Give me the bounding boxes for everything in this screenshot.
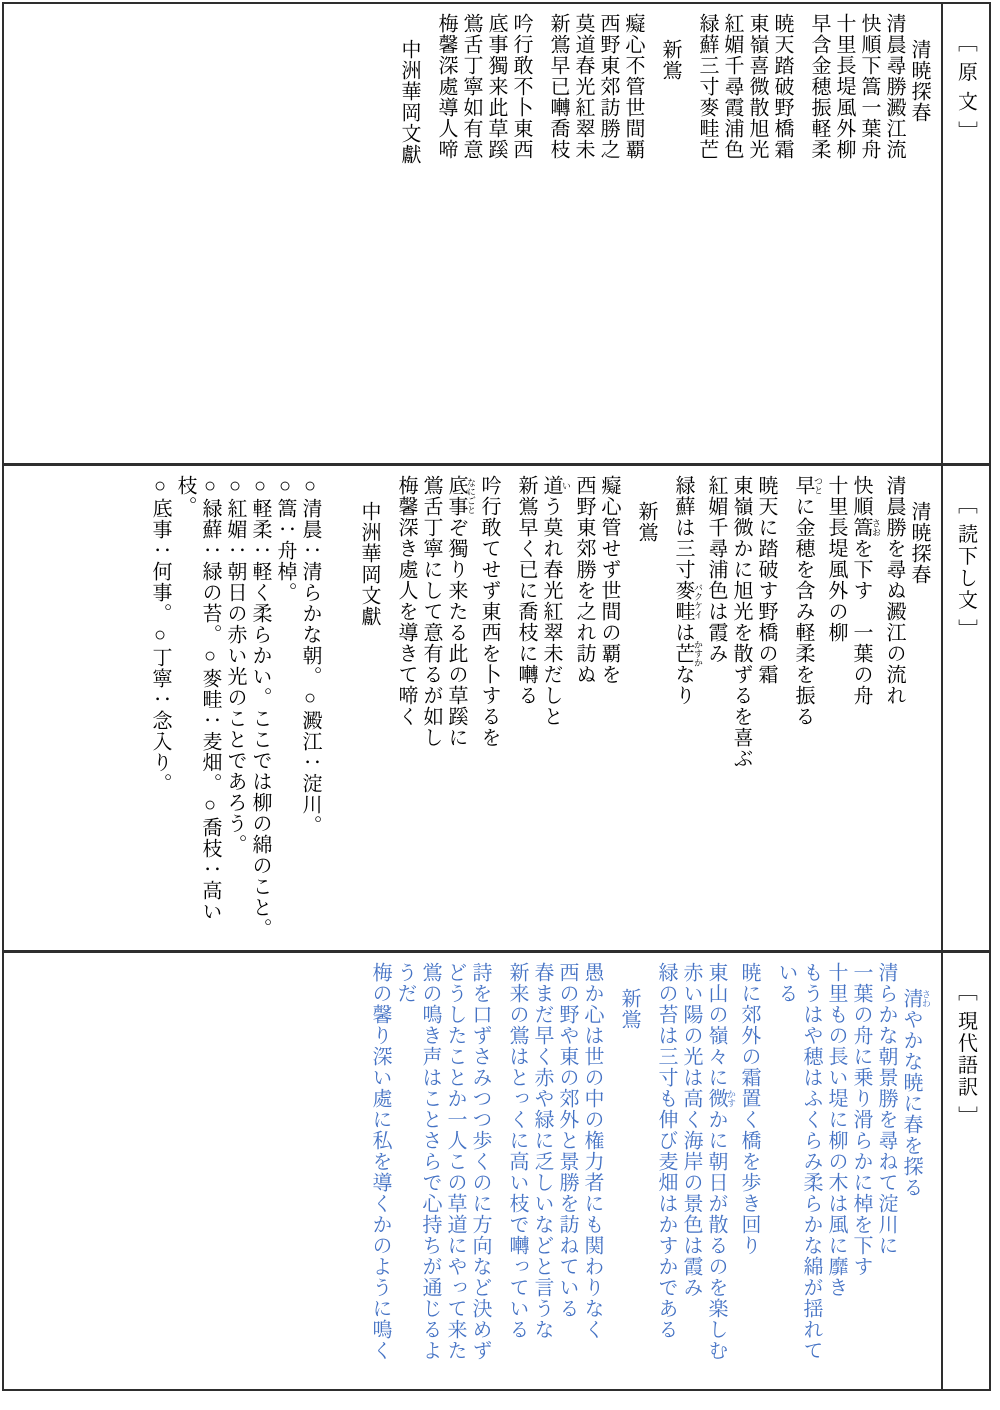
verse-line: 鴬の鳴き声はことさらで心持ちが通じるようだ	[392, 962, 442, 1381]
verse-line: 梅の馨り深い處に私を導くかのように鳴く	[367, 962, 392, 1381]
verse-line: 道いう莫れ春光紅翠未だしと	[538, 475, 571, 942]
note-line: ○緑蘚：緑の苔。○麥畦：麦畑。○喬枝：高い枝。	[172, 475, 222, 942]
title-line: 清暁探春	[906, 475, 931, 942]
verse-line: 紅媚千尋霞浦色	[719, 13, 744, 455]
section-modern-translation: 清さわやかな暁に春を探る清らかな朝景勝を尋ねて淀川に一葉の舟に乗り滑らかに棹を下…	[2, 951, 991, 1391]
furigana-ruby: 底事なにごと	[445, 475, 467, 517]
verse-line: 愚か心は世の中の権力者にも関わりなく	[579, 962, 604, 1381]
verse-line: 清らかな朝景勝を尋ねて淀川に	[873, 962, 898, 1381]
title-line: 新鴬	[633, 475, 658, 942]
note-line: ○紅媚：朝日の赤い光のことであろう。	[222, 475, 247, 942]
document-page: 清暁探春清晨尋勝澱江流快順下篙一葉舟十里長堤風外柳早含金穂振軽柔暁天踏破野橋霜東…	[0, 0, 1000, 1410]
furigana-ruby: 麥畦バクケイ	[672, 580, 694, 622]
furigana-ruby: 篙さお	[850, 517, 872, 538]
verse-line: 西野東郊訪勝之	[595, 13, 620, 455]
reading-text-header: ［ 読下し文 ］	[941, 466, 989, 950]
verse-line: 十里長堤風外柳	[831, 13, 856, 455]
verse-line: 緑蘚は三寸麥畦バクケイは芒かすかなり	[670, 475, 703, 942]
modern-translation-content: 清さわやかな暁に春を探る清らかな朝景勝を尋ねて淀川に一葉の舟に乗り滑らかに棹を下…	[4, 953, 941, 1389]
verse-line: 東嶺喜微散旭光	[744, 13, 769, 455]
verse-line: 春まだ早く赤や緑に乏しいなどと言うな	[529, 962, 554, 1381]
section-reading-text: 清暁探春清晨勝を尋ぬ澱江の流れ快順篙さおを下す 一葉の舟十里長堤風外の柳早つとに…	[2, 464, 991, 952]
original-text-header: ［ 原 文 ］	[941, 4, 989, 463]
verse-line: 癡心不管世間覇	[620, 13, 645, 455]
verse-line: 緑の苔は三寸も伸び麦畑はかすかである	[653, 962, 678, 1381]
verse-line: 底事なにごとぞ獨り来たる此の草蹊に	[443, 475, 476, 942]
verse-line: 暁天に踏破す野橋の霜	[753, 475, 778, 942]
verse-line: どうしたことか一人この草道にやって来た	[442, 962, 467, 1381]
reading-text-header-label: ［ 読下し文 ］	[952, 466, 981, 950]
verse-line: 十里もの長い堤に柳の木は風に靡き	[823, 962, 848, 1381]
note-line: ○底事：何事。○丁寧：念入り。	[147, 475, 172, 942]
verse-line: 一葉の舟に乗り滑らかに棹を下す	[848, 962, 873, 1381]
title-line: 清暁探春	[906, 13, 931, 455]
furigana-ruby: 道い	[540, 475, 562, 496]
verse-line: 清晨勝を尋ぬ澱江の流れ	[881, 475, 906, 942]
sig-line: 中洲華岡文獻	[356, 475, 381, 942]
verse-line: 東山の嶺々に微かすかに朝日が散るのを楽しむ	[703, 962, 736, 1381]
title-line: 新鴬	[657, 13, 682, 455]
note-line: ○篙：舟棹。	[272, 475, 297, 942]
modern-translation-header: ［ 現代語訳 ］	[941, 953, 989, 1389]
original-text-header-label: ［ 原 文 ］	[952, 4, 981, 463]
furigana-ruby: 清さわ	[900, 988, 922, 1009]
verse-line: 暁に郊外の霜置く橋を歩き回り	[736, 962, 761, 1381]
reading-text-content: 清暁探春清晨勝を尋ぬ澱江の流れ快順篙さおを下す 一葉の舟十里長堤風外の柳早つとに…	[4, 466, 941, 950]
verse-line: 早つとに金穂を含み軽柔を振る	[790, 475, 823, 942]
furigana-ruby: 芒かすか	[672, 643, 694, 664]
verse-line: 快順下篙一葉舟	[856, 13, 881, 455]
verse-line: 吟行敢不卜東西	[508, 13, 533, 455]
verse-line: 新鴬早く已に喬枝に囀る	[513, 475, 538, 942]
verse-line: 癡心管せず世間の覇を	[596, 475, 621, 942]
furigana-ruby: 微かす	[705, 1088, 727, 1109]
title-line: 新鴬	[616, 962, 641, 1381]
verse-line: 新来の鴬はとっくに高い枝で囀っている	[504, 962, 529, 1381]
sig-line: 中洲華岡文獻	[396, 13, 421, 455]
verse-line: 緑蘚三寸麥畦芒	[694, 13, 719, 455]
verse-line: 莫道春光紅翠未	[570, 13, 595, 455]
verse-line: 鴬舌丁寧にして意有るが如し	[418, 475, 443, 942]
verse-line: もうはや穂はふくらみ柔らかな綿が揺れている	[773, 962, 823, 1381]
verse-line: 東嶺微かに旭光を散ずるを喜ぶ	[728, 475, 753, 942]
verse-line: 西の野や東の郊外と景勝を訪ねている	[554, 962, 579, 1381]
modern-translation-header-label: ［ 現代語訳 ］	[952, 953, 981, 1389]
verse-line: 快順篙さおを下す 一葉の舟	[848, 475, 881, 942]
verse-line: 梅馨深き處人を導きて啼く	[393, 475, 418, 942]
verse-line: 新鴬早已囀喬枝	[545, 13, 570, 455]
verse-line: 吟行敢てせず東西を卜するを	[476, 475, 501, 942]
verse-line: 鴬舌丁寧如有意	[458, 13, 483, 455]
furigana-ruby: 早つと	[792, 475, 814, 496]
verse-line: 詩を口ずさみつつ歩くのに方向など決めず	[467, 962, 492, 1381]
original-text-content: 清暁探春清晨尋勝澱江流快順下篙一葉舟十里長堤風外柳早含金穂振軽柔暁天踏破野橋霜東…	[4, 4, 941, 463]
verse-line: 紅媚千尋浦色は霞み	[703, 475, 728, 942]
verse-line: 十里長堤風外の柳	[823, 475, 848, 942]
verse-line: 西野東郊勝を之れ訪ぬ	[571, 475, 596, 942]
verse-line: 赤い陽の光は高く海岸の景色は霞み	[678, 962, 703, 1381]
note-line: ○軽柔：軽く柔らかい。ここでは柳の綿のこと。	[247, 475, 272, 942]
verse-line: 暁天踏破野橋霜	[769, 13, 794, 455]
title-line: 清さわやかな暁に春を探る	[898, 962, 931, 1381]
verse-line: 清晨尋勝澱江流	[881, 13, 906, 455]
section-original-text: 清暁探春清晨尋勝澱江流快順下篙一葉舟十里長堤風外柳早含金穂振軽柔暁天踏破野橋霜東…	[2, 2, 991, 465]
verse-line: 早含金穂振軽柔	[806, 13, 831, 455]
verse-line: 底事獨来此草蹊	[483, 13, 508, 455]
verse-line: 梅馨深處導人啼	[433, 13, 458, 455]
note-line: ○清晨：清らかな朝。○澱江：淀川。	[297, 475, 322, 942]
